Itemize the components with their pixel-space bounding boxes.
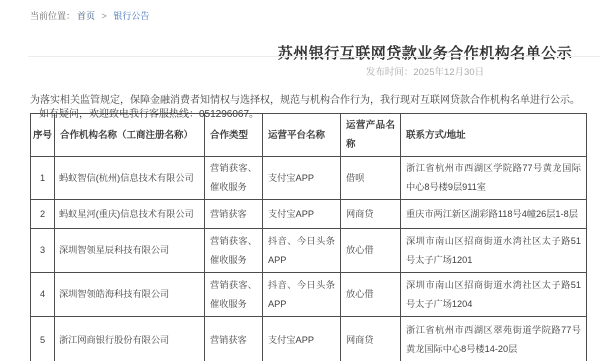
table-row: 5浙江网商银行股份有限公司营销获客支付宝APP网商贷浙江省杭州市西湖区翠苑街道学… bbox=[31, 317, 587, 361]
breadcrumb-label: 当前位置： bbox=[30, 11, 75, 21]
table-cell: 抖音、今日头条APP bbox=[263, 273, 341, 317]
table-cell: 浙江省杭州市西湖区学院路77号黄龙国际中心8号楼9层911室 bbox=[401, 157, 587, 200]
table-cell: 蚂蚁星河(重庆)信息技术有限公司 bbox=[55, 200, 205, 229]
table-cell: 放心借 bbox=[341, 273, 401, 317]
table-cell: 营销获客 bbox=[205, 317, 263, 361]
table-cell: 支付宝APP bbox=[263, 317, 341, 361]
table-cell: 1 bbox=[31, 157, 55, 200]
column-header: 联系方式/地址 bbox=[401, 114, 587, 157]
column-header: 序号 bbox=[31, 114, 55, 157]
table-cell: 4 bbox=[31, 273, 55, 317]
table-body: 1蚂蚁智信(杭州)信息技术有限公司营销获客、催收服务支付宝APP借呗浙江省杭州市… bbox=[31, 157, 587, 361]
publish-date: 发布时间：2025年12月30日 bbox=[250, 64, 600, 78]
breadcrumb-current-link[interactable]: 银行公告 bbox=[113, 11, 149, 21]
table-cell: 营销获客 bbox=[205, 200, 263, 229]
breadcrumb: 当前位置：首页 > 银行公告 bbox=[30, 9, 149, 22]
column-header: 合作机构名称（工商注册名称） bbox=[55, 114, 205, 157]
header-divider bbox=[28, 56, 600, 57]
table-cell: 深圳市南山区招商街道水湾社区太子路51号太子广场1204 bbox=[401, 273, 587, 317]
table-cell: 支付宝APP bbox=[263, 157, 341, 200]
breadcrumb-home-link[interactable]: 首页 bbox=[77, 11, 95, 21]
table-header-row: 序号合作机构名称（工商注册名称）合作类型运营平台名称运营产品名称联系方式/地址 bbox=[31, 114, 587, 157]
table-cell: 重庆市两江新区湖彩路118号4幢26层1-8层 bbox=[401, 200, 587, 229]
table-cell: 营销获客、催收服务 bbox=[205, 229, 263, 273]
table-cell: 借呗 bbox=[341, 157, 401, 200]
table-cell: 网商贷 bbox=[341, 200, 401, 229]
table-cell: 2 bbox=[31, 200, 55, 229]
table-cell: 深圳市南山区招商街道水湾社区太子路51号太子广场1201 bbox=[401, 229, 587, 273]
table-cell: 深圳智领皓海科技有限公司 bbox=[55, 273, 205, 317]
table-cell: 放心借 bbox=[341, 229, 401, 273]
column-header: 运营平台名称 bbox=[263, 114, 341, 157]
table-cell: 5 bbox=[31, 317, 55, 361]
table-row: 序号合作机构名称（工商注册名称）合作类型运营平台名称运营产品名称联系方式/地址 bbox=[31, 114, 587, 157]
table-cell: 营销获客、催收服务 bbox=[205, 157, 263, 200]
intro-paragraph-1: 为落实相关监管规定，保障金融消费者知情权与选择权，规范与机构合作行为，我行现对互… bbox=[30, 91, 590, 106]
cooperation-institutions-table: 序号合作机构名称（工商注册名称）合作类型运营平台名称运营产品名称联系方式/地址 … bbox=[30, 113, 587, 361]
table-cell: 深圳智领星辰科技有限公司 bbox=[55, 229, 205, 273]
column-header: 运营产品名称 bbox=[341, 114, 401, 157]
table-cell: 浙江省杭州市西湖区翠苑街道学院路77号黄龙国际中心8号楼14-20层 bbox=[401, 317, 587, 361]
table-cell: 3 bbox=[31, 229, 55, 273]
column-header: 合作类型 bbox=[205, 114, 263, 157]
table-row: 4深圳智领皓海科技有限公司营销获客、催收服务抖音、今日头条APP放心借深圳市南山… bbox=[31, 273, 587, 317]
table-row: 3深圳智领星辰科技有限公司营销获客、催收服务抖音、今日头条APP放心借深圳市南山… bbox=[31, 229, 587, 273]
table-cell: 营销获客、催收服务 bbox=[205, 273, 263, 317]
table-cell: 网商贷 bbox=[341, 317, 401, 361]
table-cell: 抖音、今日头条APP bbox=[263, 229, 341, 273]
table-row: 2蚂蚁星河(重庆)信息技术有限公司营销获客支付宝APP网商贷重庆市两江新区湖彩路… bbox=[31, 200, 587, 229]
breadcrumb-separator: > bbox=[102, 11, 107, 21]
table-cell: 蚂蚁智信(杭州)信息技术有限公司 bbox=[55, 157, 205, 200]
page-title: 苏州银行互联网贷款业务合作机构名单公示 bbox=[250, 42, 600, 63]
table-row: 1蚂蚁智信(杭州)信息技术有限公司营销获客、催收服务支付宝APP借呗浙江省杭州市… bbox=[31, 157, 587, 200]
table-cell: 浙江网商银行股份有限公司 bbox=[55, 317, 205, 361]
table-cell: 支付宝APP bbox=[263, 200, 341, 229]
